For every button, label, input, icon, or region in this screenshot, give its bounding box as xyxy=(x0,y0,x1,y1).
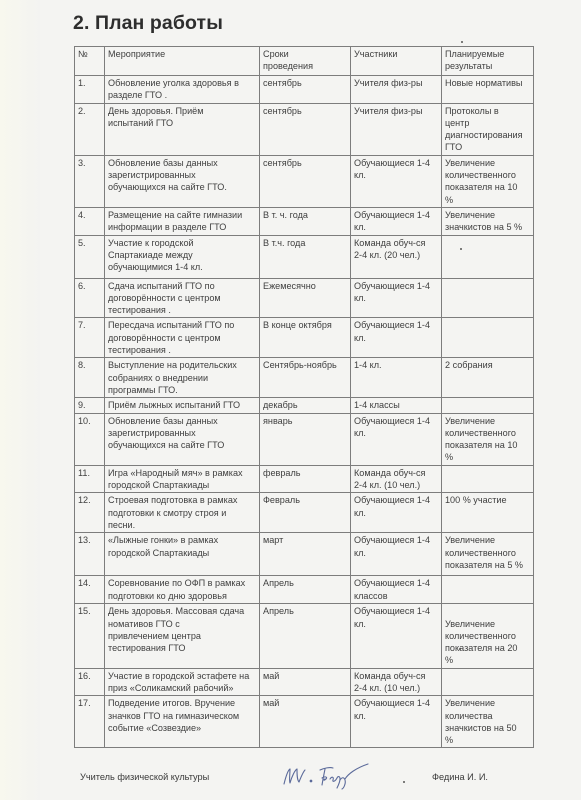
header-results: Планируемые результаты xyxy=(442,47,534,76)
event-cell: Строевая подготовка в рамках подготовки … xyxy=(105,493,260,533)
dates-cell: май xyxy=(260,696,351,748)
row-number: 2. xyxy=(75,103,105,155)
result-cell: Увеличение количества значкистов на 50 % xyxy=(442,696,534,748)
row-number: 8. xyxy=(75,358,105,398)
row-number: 4. xyxy=(75,207,105,235)
page-title: 2. План работы xyxy=(73,12,223,35)
event-cell: День здоровья. Массовая сдача номативов … xyxy=(105,604,260,668)
table-row: 15.День здоровья. Массовая сдача номатив… xyxy=(75,604,534,668)
dates-cell: январь xyxy=(260,413,351,465)
table-row: 10.Обновление базы данных зарегистрирова… xyxy=(75,413,534,465)
event-cell: Обновление базы данных зарегистрированны… xyxy=(105,155,260,207)
result-cell xyxy=(442,235,534,278)
row-number: 3. xyxy=(75,155,105,207)
result-cell xyxy=(442,278,534,318)
participants-cell: Обучающиеся 1-4 кл. xyxy=(351,493,442,533)
event-cell: Сдача испытаний ГТО по договорённости с … xyxy=(105,278,260,318)
row-number: 10. xyxy=(75,413,105,465)
scan-speck xyxy=(403,781,405,783)
participants-cell: Обучающиеся 1-4 кл. xyxy=(351,696,442,748)
table-row: 7.Пересдача испытаний ГТО по договорённо… xyxy=(75,318,534,358)
event-cell: Соревнование по ОФП в рамках подготовки … xyxy=(105,576,260,604)
table-row: 16.Участие в городской эстафете на приз … xyxy=(75,668,534,696)
result-cell: Увеличение количественного показателя на… xyxy=(442,533,534,576)
dates-cell: Апрель xyxy=(260,604,351,668)
event-cell: Игра «Народный мяч» в рамках городской С… xyxy=(105,465,260,493)
result-cell: Увеличение количественного показателя на… xyxy=(442,155,534,207)
event-cell: Обновление базы данных зарегистрированны… xyxy=(105,413,260,465)
row-number: 13. xyxy=(75,533,105,576)
dates-cell: Апрель xyxy=(260,576,351,604)
table-row: 2.День здоровья. Приём испытаний ГТОсент… xyxy=(75,103,534,155)
result-cell: Увеличение количественного показателя на… xyxy=(442,413,534,465)
result-cell: Протоколы в центр диагностирования ГТО xyxy=(442,103,534,155)
row-number: 11. xyxy=(75,465,105,493)
event-cell: Выступление на родительских собраниях о … xyxy=(105,358,260,398)
participants-cell: Обучающиеся 1-4 кл. xyxy=(351,533,442,576)
table-header-row: № Мероприятие Сроки проведения Участники… xyxy=(75,47,534,76)
row-number: 16. xyxy=(75,668,105,696)
participants-cell: Обучающиеся 1-4 кл. xyxy=(351,278,442,318)
dates-cell: Февраль xyxy=(260,493,351,533)
result-cell xyxy=(442,668,534,696)
participants-cell: Обучающиеся 1-4 кл. xyxy=(351,207,442,235)
header-event: Мероприятие xyxy=(105,47,260,76)
table-row: 14.Соревнование по ОФП в рамках подготов… xyxy=(75,576,534,604)
participants-cell: Обучающиеся 1-4 кл. xyxy=(351,413,442,465)
row-number: 6. xyxy=(75,278,105,318)
dates-cell: февраль xyxy=(260,465,351,493)
result-cell xyxy=(442,398,534,413)
event-cell: Размещение на сайте гимназии информации … xyxy=(105,207,260,235)
table-row: 1.Обновление уголка здоровья в разделе Г… xyxy=(75,76,534,104)
table-row: 17.Подведение итогов. Вручение значков Г… xyxy=(75,696,534,748)
result-cell: 100 % участие xyxy=(442,493,534,533)
scan-speck xyxy=(461,41,463,43)
table-row: 6.Сдача испытаний ГТО по договорённости … xyxy=(75,278,534,318)
event-cell: Обновление уголка здоровья в разделе ГТО… xyxy=(105,76,260,104)
dates-cell: сентябрь xyxy=(260,103,351,155)
participants-cell: Обучающиеся 1-4 кл. xyxy=(351,604,442,668)
event-cell: Пересдача испытаний ГТО по договорённост… xyxy=(105,318,260,358)
row-number: 1. xyxy=(75,76,105,104)
result-cell xyxy=(442,465,534,493)
participants-cell: Команда обуч-ся 2-4 кл. (20 чел.) xyxy=(351,235,442,278)
dates-cell: Ежемесячно xyxy=(260,278,351,318)
footer-name: Федина И. И. xyxy=(432,772,488,782)
participants-cell: Учителя физ-ры xyxy=(351,103,442,155)
participants-cell: Обучающиеся 1-4 кл. xyxy=(351,155,442,207)
event-cell: Участие в городской эстафете на приз «Со… xyxy=(105,668,260,696)
participants-cell: 1-4 классы xyxy=(351,398,442,413)
participants-cell: Учителя физ-ры xyxy=(351,76,442,104)
dates-cell: Сентябрь-ноябрь xyxy=(260,358,351,398)
row-number: 9. xyxy=(75,398,105,413)
signature-icon xyxy=(278,760,373,792)
participants-cell: Команда обуч-ся 2-4 кл. (10 чел.) xyxy=(351,465,442,493)
row-number: 17. xyxy=(75,696,105,748)
table-row: 8.Выступление на родительских собраниях … xyxy=(75,358,534,398)
participants-cell: Обучающиеся 1-4 кл. xyxy=(351,318,442,358)
header-number: № xyxy=(75,47,105,76)
table-row: 11.Игра «Народный мяч» в рамках городско… xyxy=(75,465,534,493)
dates-cell: В конце октября xyxy=(260,318,351,358)
participants-cell: Обучающиеся 1-4 классов xyxy=(351,576,442,604)
result-cell: Увеличение количественного показателя на… xyxy=(442,604,534,668)
dates-cell: март xyxy=(260,533,351,576)
table-row: 12.Строевая подготовка в рамках подготов… xyxy=(75,493,534,533)
participants-cell: Команда обуч-ся 2-4 кл. (10 чел.) xyxy=(351,668,442,696)
result-cell: 2 собрания xyxy=(442,358,534,398)
dates-cell: сентябрь xyxy=(260,76,351,104)
dates-cell: В т. ч. года xyxy=(260,207,351,235)
row-number: 14. xyxy=(75,576,105,604)
footer-role: Учитель физической культуры xyxy=(80,772,209,782)
event-cell: Приём лыжных испытаний ГТО xyxy=(105,398,260,413)
dates-cell: В т.ч. года xyxy=(260,235,351,278)
participants-cell: 1-4 кл. xyxy=(351,358,442,398)
header-dates: Сроки проведения xyxy=(260,47,351,76)
table-row: 3.Обновление базы данных зарегистрирован… xyxy=(75,155,534,207)
dates-cell: декабрь xyxy=(260,398,351,413)
event-cell: Участие к городской Спартакиаде между об… xyxy=(105,235,260,278)
result-cell xyxy=(442,318,534,358)
result-cell: Увеличение значкистов на 5 % xyxy=(442,207,534,235)
table-row: 9.Приём лыжных испытаний ГТОдекабрь1-4 к… xyxy=(75,398,534,413)
row-number: 7. xyxy=(75,318,105,358)
table-row: 13.«Лыжные гонки» в рамках городской Спа… xyxy=(75,533,534,576)
dates-cell: сентябрь xyxy=(260,155,351,207)
dates-cell: май xyxy=(260,668,351,696)
work-plan-table: № Мероприятие Сроки проведения Участники… xyxy=(74,46,534,748)
row-number: 5. xyxy=(75,235,105,278)
result-cell: Новые нормативы xyxy=(442,76,534,104)
header-participants: Участники xyxy=(351,47,442,76)
row-number: 15. xyxy=(75,604,105,668)
event-cell: День здоровья. Приём испытаний ГТО xyxy=(105,103,260,155)
row-number: 12. xyxy=(75,493,105,533)
event-cell: Подведение итогов. Вручение значков ГТО … xyxy=(105,696,260,748)
event-cell: «Лыжные гонки» в рамках городской Спарта… xyxy=(105,533,260,576)
table-row: 5.Участие к городской Спартакиаде между … xyxy=(75,235,534,278)
scan-edge xyxy=(0,0,40,800)
result-cell xyxy=(442,576,534,604)
table-row: 4.Размещение на сайте гимназии информаци… xyxy=(75,207,534,235)
